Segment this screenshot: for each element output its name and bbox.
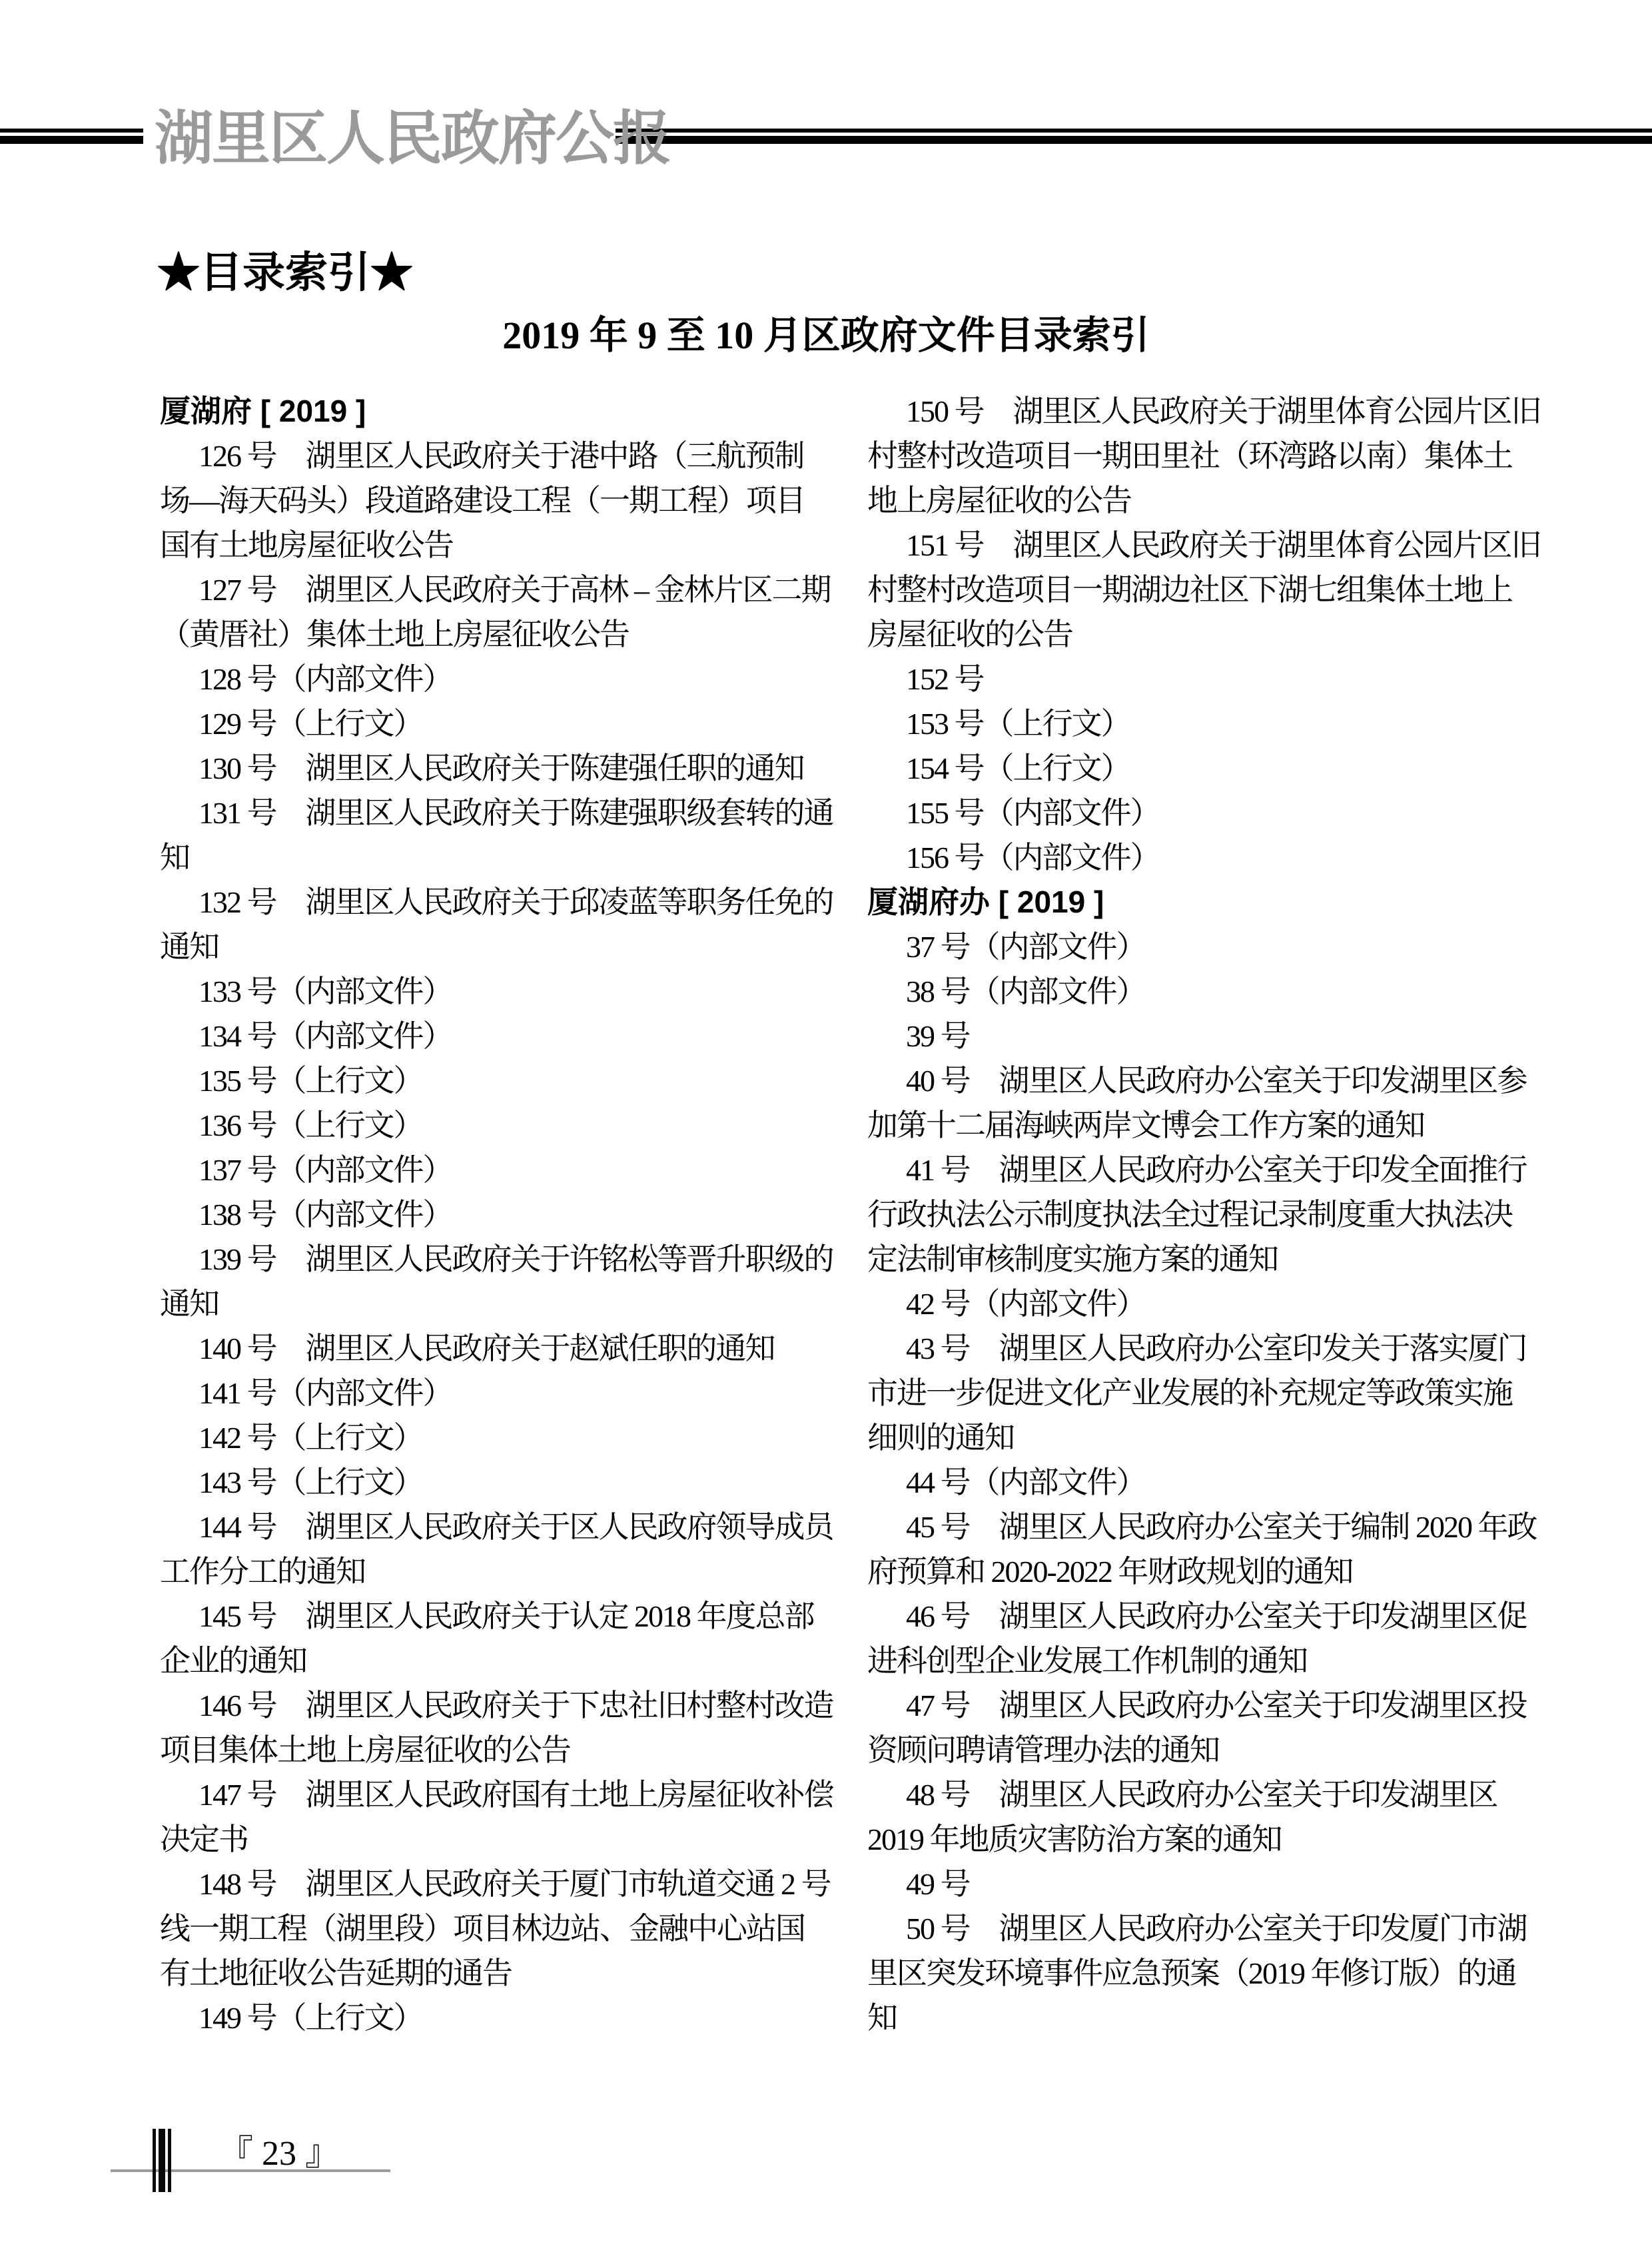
toc-line: 场—海天码头）段道路建设工程（一期工程）项目 [160,478,803,523]
toc-line: 131 号 湖里区人民政府关于陈建强职级套转的通 [160,791,803,835]
toc-line: （黄厝社）集体土地上房屋征收公告 [160,612,803,657]
toc-line: 知 [160,835,803,880]
toc-line: 工作分工的通知 [160,1549,803,1594]
toc-line: 139 号 湖里区人民政府关于许铭松等晋升职级的 [160,1237,803,1282]
toc-line: 地上房屋征收的公告 [867,478,1510,523]
toc-line: 市进一步促进文化产业发展的补充规定等政策实施 [867,1371,1510,1415]
toc-line: 行政执法公示制度执法全过程记录制度重大执法决 [867,1192,1510,1237]
toc-line: 40 号 湖里区人民政府办公室关于印发湖里区参 [867,1058,1510,1103]
page-title: 2019 年 9 至 10 月区政府文件目录索引 [0,304,1652,360]
toc-line: 138 号（内部文件） [160,1192,803,1237]
toc-line: 线一期工程（湖里段）项目林边站、金融中心站国 [160,1906,803,1951]
header-rule-thick-right [616,136,1652,144]
toc-line: 147 号 湖里区人民政府国有土地上房屋征收补偿 [160,1772,803,1817]
toc-line: 42 号（内部文件） [867,1282,1510,1326]
toc-line: 151 号 湖里区人民政府关于湖里体育公园片区旧 [867,523,1510,567]
toc-line: 149 号（上行文） [160,1996,803,2040]
toc-line: 48 号 湖里区人民政府办公室关于印发湖里区 [867,1772,1510,1817]
toc-line: 130 号 湖里区人民政府关于陈建强任职的通知 [160,746,803,791]
toc-line: 155 号（内部文件） [867,791,1510,835]
toc-line: 村整村改造项目一期湖边社区下湖七组集体土地上 [867,567,1510,612]
toc-line: 136 号（上行文） [160,1103,803,1148]
toc-line: 126 号 湖里区人民政府关于港中路（三航预制 [160,434,803,478]
toc-line: 127 号 湖里区人民政府关于高林 – 金林片区二期 [160,567,803,612]
toc-line: 156 号（内部文件） [867,835,1510,880]
toc-line: 房屋征收的公告 [867,612,1510,657]
toc-column-right: 150 号 湖里区人民政府关于湖里体育公园片区旧村整村改造项目一期田里社（环湾路… [867,389,1510,2040]
toc-line: 46 号 湖里区人民政府办公室关于印发湖里区促 [867,1594,1510,1639]
toc-line: 37 号（内部文件） [867,925,1510,969]
footer-bar [159,2129,165,2192]
toc-line: 资顾问聘请管理办法的通知 [867,1728,1510,1772]
footer-bar [153,2129,156,2192]
toc-line: 2019 年地质灾害防治方案的通知 [867,1817,1510,1862]
toc-line: 村整村改造项目一期田里社（环湾路以南）集体土 [867,434,1510,478]
toc-line: 143 号（上行文） [160,1460,803,1505]
toc-line: 133 号（内部文件） [160,969,803,1014]
section-heading: 厦湖府办 [ 2019 ] [867,880,1510,925]
toc-line: 142 号（上行文） [160,1415,803,1460]
toc-line: 进科创型企业发展工作机制的通知 [867,1639,1510,1683]
footer-bars-icon [153,2129,171,2192]
toc-line: 43 号 湖里区人民政府办公室印发关于落实厦门 [867,1326,1510,1371]
toc-line: 128 号（内部文件） [160,657,803,701]
footer-bar [168,2129,171,2192]
section-heading: 厦湖府 [ 2019 ] [160,389,803,434]
page-number: 『 23 』 [218,2125,340,2175]
toc-line: 134 号（内部文件） [160,1014,803,1058]
toc-line: 135 号（上行文） [160,1058,803,1103]
toc-line: 决定书 [160,1817,803,1862]
toc-line: 154 号（上行文） [867,746,1510,791]
toc-line: 里区突发环境事件应急预案（2019 年修订版）的通 [867,1951,1510,1996]
toc-line: 141 号（内部文件） [160,1371,803,1415]
gazette-masthead-title: 湖里区人民政府公报 [155,92,670,176]
toc-line: 132 号 湖里区人民政府关于邱凌蓝等职务任免的 [160,880,803,925]
toc-line: 有土地征收公告延期的通告 [160,1951,803,1996]
toc-line: 41 号 湖里区人民政府办公室关于印发全面推行 [867,1148,1510,1192]
toc-line: 153 号（上行文） [867,701,1510,746]
toc-line: 通知 [160,925,803,969]
header-rule-thin-left [0,129,143,133]
toc-line: 细则的通知 [867,1415,1510,1460]
toc-line: 定法制审核制度实施方案的通知 [867,1237,1510,1282]
toc-line: 44 号（内部文件） [867,1460,1510,1505]
toc-line: 140 号 湖里区人民政府关于赵斌任职的通知 [160,1326,803,1371]
header-rule-thick-left [0,136,143,144]
toc-line: 145 号 湖里区人民政府关于认定 2018 年度总部 [160,1594,803,1639]
gazette-page: 湖里区人民政府公报 ★目录索引★ 2019 年 9 至 10 月区政府文件目录索… [0,0,1652,2242]
toc-line: 通知 [160,1282,803,1326]
toc-line: 47 号 湖里区人民政府办公室关于印发湖里区投 [867,1683,1510,1728]
toc-line: 49 号 [867,1862,1510,1906]
toc-line: 知 [867,1996,1510,2040]
toc-line: 38 号（内部文件） [867,969,1510,1014]
toc-line: 129 号（上行文） [160,701,803,746]
toc-line: 加第十二届海峡两岸文博会工作方案的通知 [867,1103,1510,1148]
toc-line: 企业的通知 [160,1639,803,1683]
toc-line: 137 号（内部文件） [160,1148,803,1192]
toc-index-marker: ★目录索引★ [157,238,413,300]
toc-line: 府预算和 2020-2022 年财政规划的通知 [867,1549,1510,1594]
toc-line: 146 号 湖里区人民政府关于下忠社旧村整村改造 [160,1683,803,1728]
header-rule-thin-right [616,129,1652,133]
toc-column-left: 厦湖府 [ 2019 ]126 号 湖里区人民政府关于港中路（三航预制场—海天码… [160,389,803,2040]
toc-line: 45 号 湖里区人民政府办公室关于编制 2020 年政 [867,1505,1510,1549]
toc-line: 项目集体土地上房屋征收的公告 [160,1728,803,1772]
toc-line: 148 号 湖里区人民政府关于厦门市轨道交通 2 号 [160,1862,803,1906]
toc-line: 144 号 湖里区人民政府关于区人民政府领导成员 [160,1505,803,1549]
toc-line: 150 号 湖里区人民政府关于湖里体育公园片区旧 [867,389,1510,434]
toc-line: 国有土地房屋征收公告 [160,523,803,567]
toc-line: 39 号 [867,1014,1510,1058]
toc-line: 152 号 [867,657,1510,701]
toc-line: 50 号 湖里区人民政府办公室关于印发厦门市湖 [867,1906,1510,1951]
